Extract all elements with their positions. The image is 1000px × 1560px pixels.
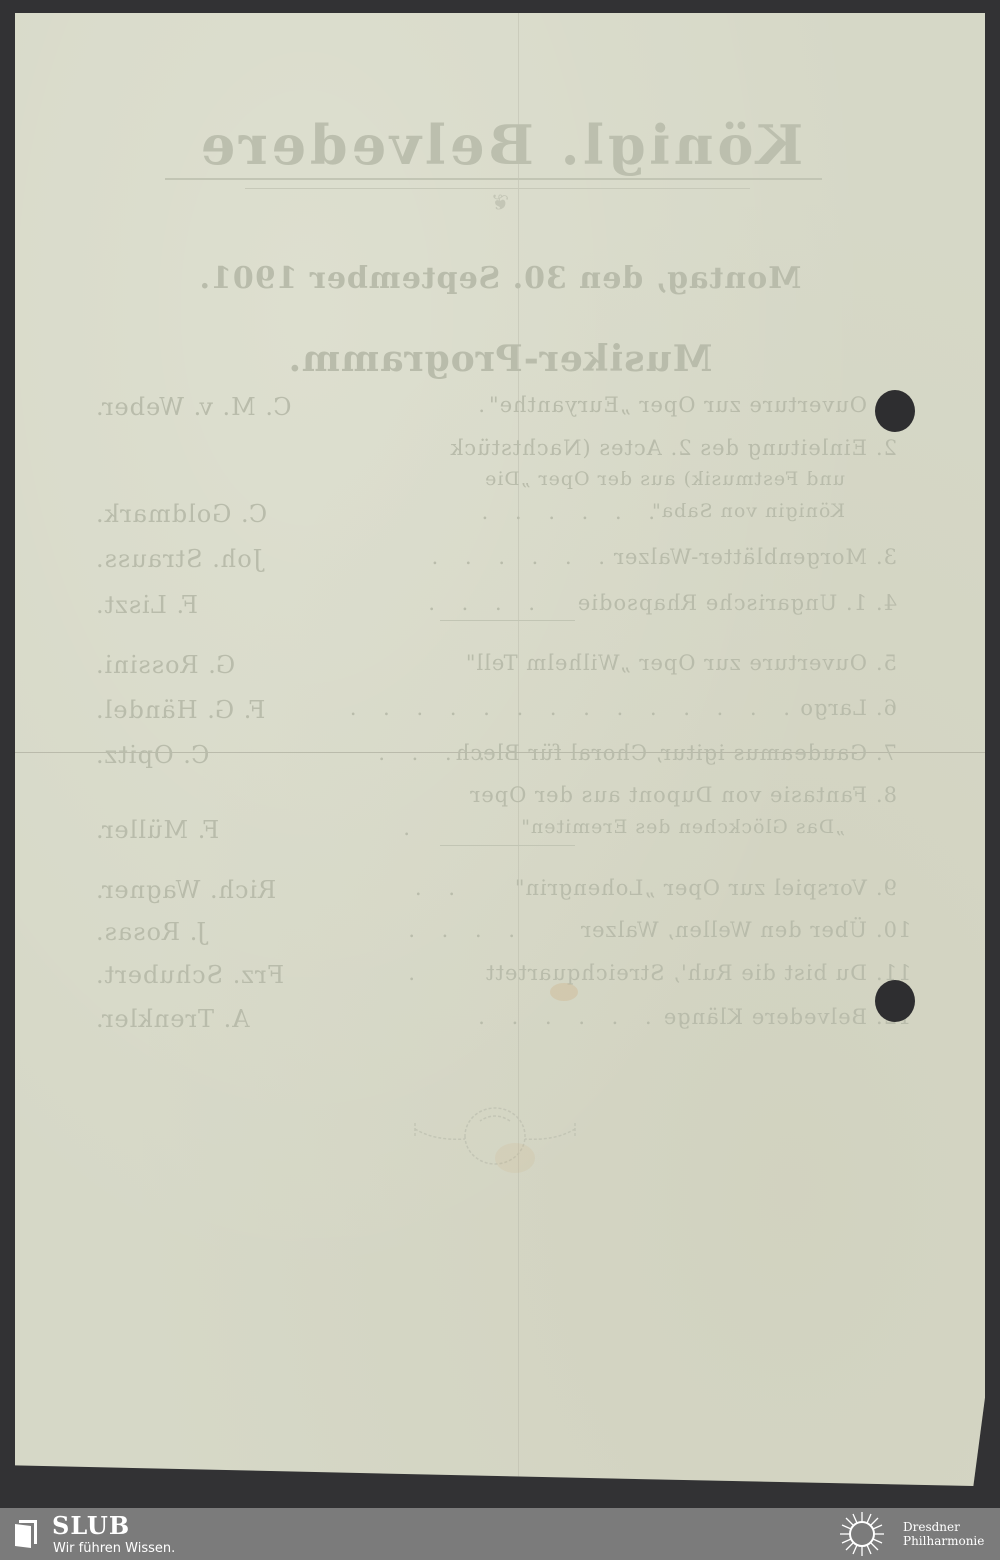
slub-logo-icon[interactable] [13,1518,41,1548]
item-composer: F. G. Händel. [95,696,265,724]
item-number: 3. [875,545,915,569]
item-work: Belvedere Klänge [663,1005,867,1029]
item-composer: F. Müller. [95,816,219,844]
item-work: Morgenblätter-Walzer [613,545,867,569]
item-work: Vorspiel zur Oper „Lohengrin" [514,876,867,900]
leader-dots: . . . . [398,918,515,942]
item-composer: F. Liszt. [95,591,198,619]
leader-dots: . . . . [368,741,485,765]
item-work: Largo [799,696,867,720]
section-separator [440,845,575,846]
item-work: und Festmusik) aus der Oper „Die [484,468,845,490]
item-work: Einleitung des 2. Actes (Nachtstück [450,436,867,460]
punch-hole [875,980,915,1022]
leader-dots: . . [405,876,455,900]
leader-dots: . [393,816,410,840]
item-composer: J. Rosas. [95,918,206,946]
item-work: Ouverture zur Oper „Euryanthe" [488,393,867,417]
brand-line-1: Dresdner [903,1520,984,1534]
leader-dots: . . . . . . [422,545,605,569]
item-number: 2. [875,436,915,460]
item-work: „Das Glöckchen des Eremiten" [520,816,845,838]
item-number: 9. [875,876,915,900]
item-composer: Joh. Strauss. [95,545,262,573]
item-composer: C. M. v. Weber. [95,393,292,421]
item-work: 1. Ungarische Rhapsodie [577,591,867,615]
leader-dots: . [468,393,485,417]
paper-sheet: Königl. Belvedere ❦ Montag, den 30. Sept… [15,13,985,1486]
item-number: 7. [875,741,915,765]
programme-heading: Musiker-Programm. [15,338,985,380]
item-work: Königin von Saba" [651,500,845,522]
document-viewer: Königl. Belvedere ❦ Montag, den 30. Sept… [0,0,1000,1508]
item-composer: G. Rossini. [95,651,235,679]
slub-brand[interactable]: SLUB [52,1511,130,1540]
item-composer: A. Trenkler. [95,1005,250,1033]
item-work: Du bist die Ruh', Streichquartett [485,961,867,985]
item-work: Gaudeamus igitur, Choral für Blech [455,741,867,765]
leader-dots: . . . . . . . . . . . . . . [340,696,790,720]
item-work: Ouverture zur Oper „Wilhelm Tell" [465,651,867,675]
punch-hole [875,390,915,432]
item-number: 8. [875,783,915,807]
date-line: Montag, den 30. September 1901. [15,261,985,296]
dresdner-philharmonie-logo-icon[interactable] [838,1510,886,1558]
slub-tagline: Wir führen Wissen. [53,1541,175,1556]
footer-bar: SLUB Wir führen Wissen. Dresdner Philhar… [0,1508,1000,1560]
item-composer: Rich. Wagner. [95,876,276,904]
item-composer: C. Goldmark. [95,500,267,528]
leader-dots: . . . . . . [472,500,655,524]
show-through-text-mirrored: Königl. Belvedere ❦ Montag, den 30. Sept… [15,13,985,1486]
title-rule [165,178,822,180]
item-number: 6. [875,696,915,720]
brand-line-2: Philharmonie [903,1534,984,1548]
document-title: Königl. Belvedere [15,113,985,177]
item-number: 10. [875,918,915,942]
paper-stain [495,1143,535,1173]
title-rule-thin [245,188,750,189]
section-separator [440,620,575,621]
item-composer: Frz. Schubert. [95,961,284,989]
dresdner-philharmonie-brand[interactable]: Dresdner Philharmonie [903,1520,984,1548]
item-work: Über den Wellen, Walzer [580,918,867,942]
item-composer: C. Opitz. [95,741,209,769]
item-number: 5. [875,651,915,675]
item-number: 4. [875,591,915,615]
leader-dots: . . . . . . . [468,1005,685,1029]
leader-dots: . . . . [418,591,535,615]
item-work: Fantasie von Dupont aus der Oper [469,783,867,807]
ornament-icon: ❦ [480,191,520,221]
leader-dots: . [398,961,415,985]
paper-stain [550,983,578,1001]
